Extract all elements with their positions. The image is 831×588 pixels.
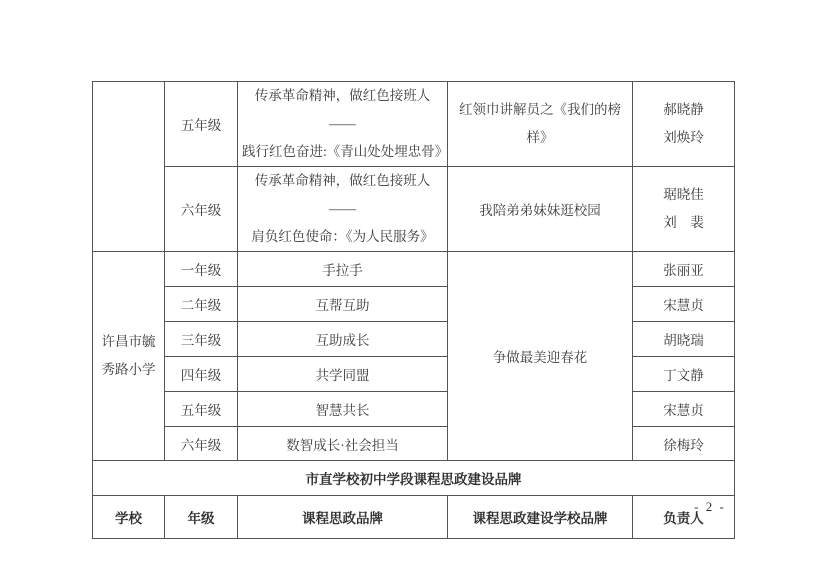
school-brand-line: 样》: [452, 124, 628, 152]
cell-course-brand: 手拉手: [238, 252, 448, 287]
school-name-line: 许昌市毓: [97, 328, 160, 356]
cell-grade: 五年级: [165, 392, 238, 427]
header-grade: 年级: [165, 496, 238, 539]
table-row: 六年级 数智成长·社会担当 徐梅玲: [93, 427, 735, 461]
cell-course-brand: 互助成长: [238, 322, 448, 357]
cell-course-brand: 共学同盟: [238, 357, 448, 392]
document-page: 五年级 传承革命精神，做红色接班人—— 践行红色奋进:《青山处处埋忠骨》 红领巾…: [0, 0, 831, 588]
header-school-brand: 课程思政建设学校品牌: [448, 496, 633, 539]
cell-grade: 五年级: [165, 82, 238, 167]
cell-school-brand: 红领巾讲解员之《我们的榜 样》: [448, 82, 633, 167]
leader-name: 刘焕玲: [637, 124, 730, 152]
leader-name: 琚晓佳: [637, 181, 730, 209]
cell-course-brand: 互帮互助: [238, 287, 448, 322]
table-row: 五年级 传承革命精神，做红色接班人—— 践行红色奋进:《青山处处埋忠骨》 红领巾…: [93, 82, 735, 167]
table-header-row: 学校 年级 课程思政品牌 课程思政建设学校品牌 负责人: [93, 496, 735, 539]
cell-leader: 胡晓瑞: [633, 322, 735, 357]
cell-leader: 郝晓静 刘焕玲: [633, 82, 735, 167]
school-brand-line: 红领巾讲解员之《我们的榜: [452, 96, 628, 124]
header-course-brand: 课程思政品牌: [238, 496, 448, 539]
header-school: 学校: [93, 496, 165, 539]
table-row: 市直学校初中学段课程思政建设品牌: [93, 461, 735, 496]
cell-school-brand-merged: 争做最美迎春花: [448, 252, 633, 461]
leader-name: 刘 裴: [637, 209, 730, 237]
cell-school-brand: 我陪弟弟妹妹逛校园: [448, 167, 633, 252]
page-number: - 2 -: [660, 499, 760, 515]
cell-grade: 四年级: [165, 357, 238, 392]
table-row: 六年级 传承革命精神，做红色接班人—— 肩负红色使命：《为人民服务》 我陪弟弟妹…: [93, 167, 735, 252]
cell-leader: 丁文静: [633, 357, 735, 392]
curriculum-brand-table: 五年级 传承革命精神，做红色接班人—— 践行红色奋进:《青山处处埋忠骨》 红领巾…: [92, 81, 735, 539]
course-brand-line: 传承革命精神，做红色接班人——: [242, 167, 443, 223]
cell-course-brand: 数智成长·社会担当: [238, 427, 448, 461]
leader-name: 郝晓静: [637, 96, 730, 124]
course-brand-line: 践行红色奋进:《青山处处埋忠骨》: [242, 138, 443, 166]
section-title: 市直学校初中学段课程思政建设品牌: [93, 461, 735, 496]
cell-grade: 一年级: [165, 252, 238, 287]
cell-leader: 徐梅玲: [633, 427, 735, 461]
table-row: 五年级 智慧共长 宋慧贞: [93, 392, 735, 427]
cell-leader: 琚晓佳 刘 裴: [633, 167, 735, 252]
cell-grade: 二年级: [165, 287, 238, 322]
table-row: 许昌市毓 秀路小学 一年级 手拉手 争做最美迎春花 张丽亚: [93, 252, 735, 287]
table-row: 三年级 互助成长 胡晓瑞: [93, 322, 735, 357]
cell-course-brand: 智慧共长: [238, 392, 448, 427]
cell-grade: 六年级: [165, 427, 238, 461]
cell-course-brand: 传承革命精神，做红色接班人—— 肩负红色使命：《为人民服务》: [238, 167, 448, 252]
cell-school-name: 许昌市毓 秀路小学: [93, 252, 165, 461]
cell-grade: 六年级: [165, 167, 238, 252]
school-name-line: 秀路小学: [97, 356, 160, 384]
cell-school-empty: [93, 82, 165, 252]
cell-leader: 张丽亚: [633, 252, 735, 287]
table-row: 四年级 共学同盟 丁文静: [93, 357, 735, 392]
cell-course-brand: 传承革命精神，做红色接班人—— 践行红色奋进:《青山处处埋忠骨》: [238, 82, 448, 167]
table-row: 二年级 互帮互助 宋慧贞: [93, 287, 735, 322]
cell-grade: 三年级: [165, 322, 238, 357]
cell-leader: 宋慧贞: [633, 287, 735, 322]
course-brand-line: 肩负红色使命：《为人民服务》: [242, 223, 443, 251]
course-brand-line: 传承革命精神，做红色接班人——: [242, 82, 443, 138]
cell-leader: 宋慧贞: [633, 392, 735, 427]
